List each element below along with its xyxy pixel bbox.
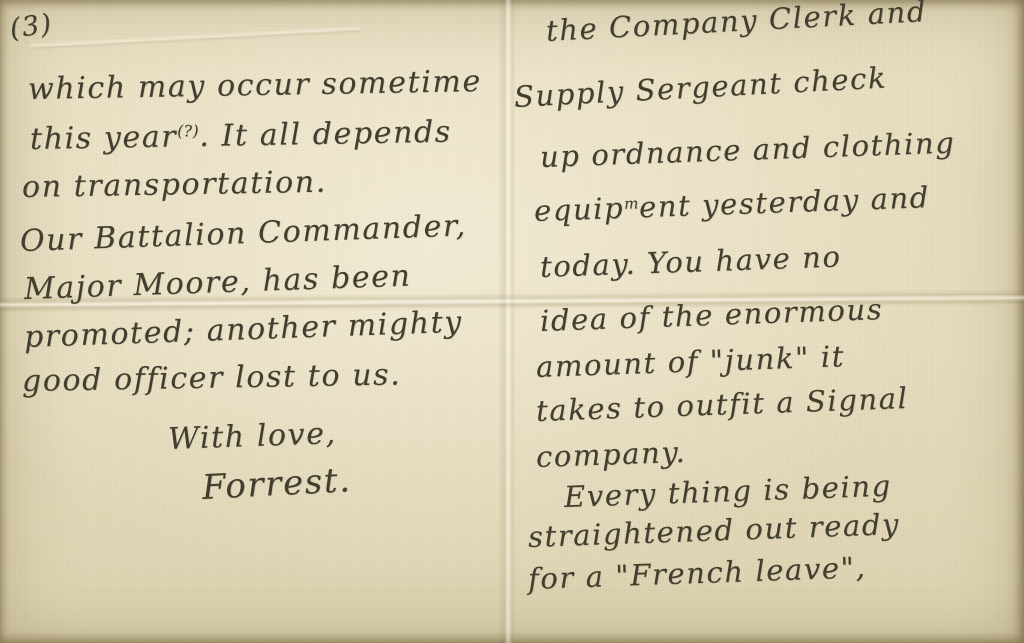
- letter-line-text: equip: [533, 191, 624, 228]
- letter-line: which may occur sometime: [28, 64, 482, 107]
- letter-line-text: ent yesterday and: [638, 180, 930, 224]
- letter-line: this year(?). It all depends: [30, 115, 452, 157]
- letter-line: takes to outfit a Signal: [535, 381, 909, 428]
- letter-line: today. You have no: [539, 239, 842, 284]
- letter-line: amount of "junk" it: [535, 339, 845, 384]
- letter-line: Supply Sergeant check: [513, 60, 888, 114]
- letter-line: Our Battalion Commander,: [19, 208, 467, 259]
- top-left-crease: [30, 25, 360, 50]
- inserted-annotation: (?): [177, 122, 199, 140]
- letter-line: good officer lost to us.: [22, 357, 402, 399]
- letter-page: (3) which may occur sometime this year(?…: [0, 0, 1024, 643]
- page-number: (3): [8, 8, 55, 45]
- letter-closing: With love,: [167, 416, 337, 457]
- letter-line: equipment yesterday and: [533, 180, 930, 228]
- letter-line: company.: [535, 435, 686, 474]
- letter-line: on transportation.: [22, 165, 327, 205]
- letter-line: promoted; another mighty: [23, 305, 463, 355]
- letter-line: idea of the enormous: [539, 292, 883, 338]
- letter-line: Every thing is being: [563, 469, 892, 514]
- letter-line: straightened out ready: [527, 507, 900, 554]
- letter-line: for a "French leave",: [527, 550, 866, 596]
- letter-line-text: this year: [30, 119, 178, 157]
- signature: Forrest.: [201, 460, 352, 508]
- letter-line-text: . It all depends: [199, 115, 452, 154]
- letter-line: the Company Clerk and: [545, 0, 928, 48]
- letter-line: Major Moore, has been: [23, 258, 412, 307]
- inserted-letter: m: [624, 194, 639, 213]
- letter-line: up ordnance and clothing: [539, 126, 956, 174]
